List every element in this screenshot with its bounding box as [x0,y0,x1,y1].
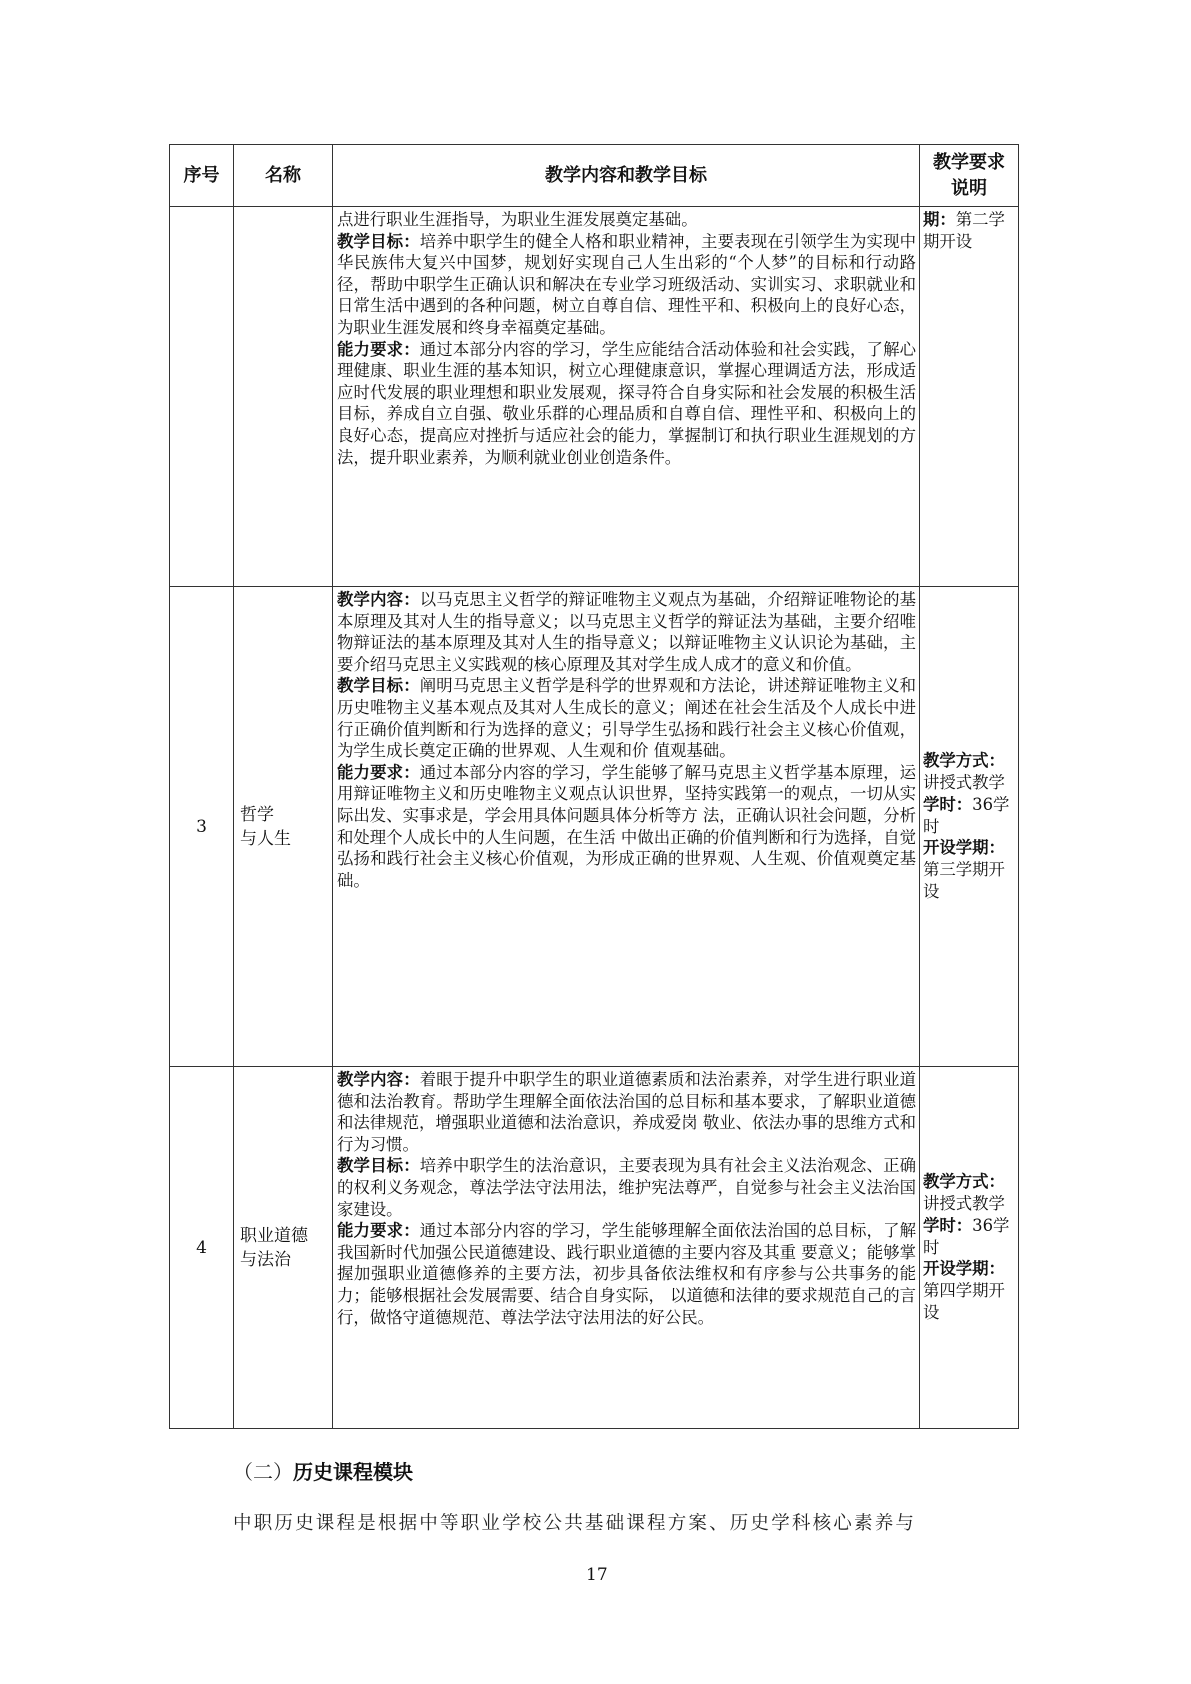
row-index: 3 [170,587,234,1067]
row-content: 教学内容：以马克思主义哲学的辩证唯物主义观点为基础，介绍辩证唯物论的基本原理及其… [333,587,920,1067]
table-row: 3 哲学 与人生 教学内容：以马克思主义哲学的辩证唯物主义观点为基础，介绍辩证唯… [170,587,1019,1067]
page-number: 17 [586,1565,608,1585]
row-content: 点进行职业生涯指导，为职业生涯发展奠定基础。 教学目标：培养中职学生的健全人格和… [333,207,920,587]
row-index [170,207,234,587]
row-requirements: 期：第二学期开设 [920,207,1019,587]
content-paragraph: 能力要求：通过本部分内容的学习，学生应能结合活动体验和社会实践，了解心理健康、职… [337,339,916,469]
header-requirements: 教学要求 说明 [920,145,1019,207]
content-paragraph: 点进行职业生涯指导，为职业生涯发展奠定基础。 [337,209,916,231]
row-name [234,207,333,587]
content-paragraph: 教学目标：培养中职学生的健全人格和职业精神，主要表现在引领学生为实现中华民族伟大… [337,231,916,339]
row-requirements: 教学方式：讲授式教学 学时：36学时 开设学期：第三学期开设 [920,587,1019,1067]
section-heading: （二）历史课程模块 [233,1456,413,1485]
content-paragraph: 教学内容：以马克思主义哲学的辩证唯物主义观点为基础，介绍辩证唯物论的基本原理及其… [337,589,916,675]
header-index: 序号 [170,145,234,207]
header-content: 教学内容和教学目标 [333,145,920,207]
row-requirements: 教学方式：讲授式教学 学时：36学时 开设学期：第四学期开设 [920,1067,1019,1429]
section-paragraph: 中职历史课程是根据中等职业学校公共基础课程方案、历史学科核心素养与 [233,1509,916,1535]
row-name: 哲学 与人生 [234,587,333,1067]
content-paragraph: 能力要求：通过本部分内容的学习，学生能够理解全面依法治国的总目标，了解我国新时代… [337,1220,916,1328]
table-row: 点进行职业生涯指导，为职业生涯发展奠定基础。 教学目标：培养中职学生的健全人格和… [170,207,1019,587]
content-paragraph: 能力要求：通过本部分内容的学习，学生能够了解马克思主义哲学基本原理，运用辩证唯物… [337,762,916,892]
content-paragraph: 教学内容：着眼于提升中职学生的职业道德素质和法治素养，对学生进行职业道德和法治教… [337,1069,916,1155]
header-name: 名称 [234,145,333,207]
table-header-row: 序号 名称 教学内容和教学目标 教学要求 说明 [170,145,1019,207]
curriculum-table: 序号 名称 教学内容和教学目标 教学要求 说明 点进行职业生涯指导，为职业生涯发… [169,144,1019,1429]
table-row: 4 职业道德 与法治 教学内容：着眼于提升中职学生的职业道德素质和法治素养，对学… [170,1067,1019,1429]
content-paragraph: 教学目标：培养中职学生的法治意识，主要表现为具有社会主义法治观念、正确的权利义务… [337,1155,916,1220]
row-content: 教学内容：着眼于提升中职学生的职业道德素质和法治素养，对学生进行职业道德和法治教… [333,1067,920,1429]
content-paragraph: 教学目标：阐明马克思主义哲学是科学的世界观和方法论，讲述辩证唯物主义和历史唯物主… [337,675,916,761]
row-name: 职业道德 与法治 [234,1067,333,1429]
row-index: 4 [170,1067,234,1429]
